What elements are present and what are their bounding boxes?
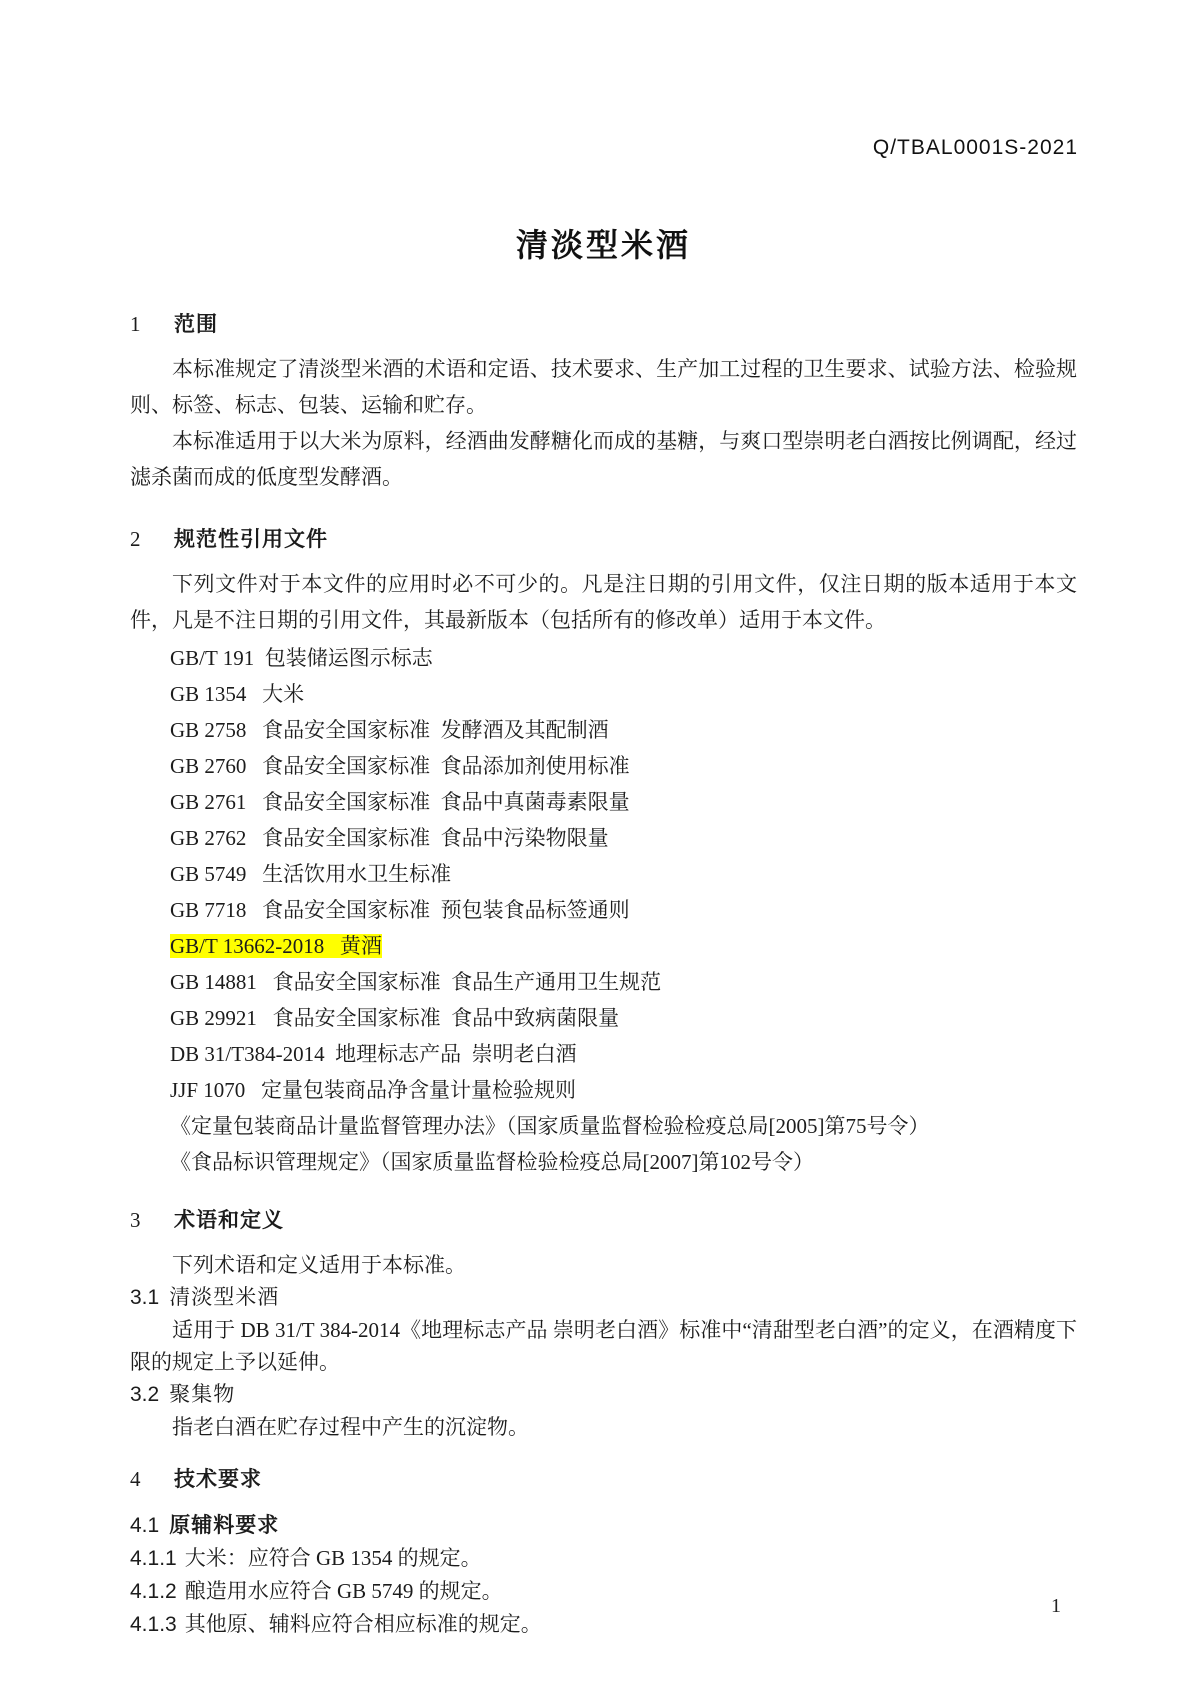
reference-row: GB 2760 食品安全国家标准 食品添加剂使用标准 <box>170 748 1077 784</box>
reference-row: DB 31/T384-2014 地理标志产品 崇明老白酒 <box>170 1036 1077 1072</box>
reference-item: JJF 1070 定量包装商品净含量计量检验规则 <box>170 1078 576 1102</box>
reference-row: JJF 1070 定量包装商品净含量计量检验规则 <box>170 1072 1077 1108</box>
requirement-number: 4.1.2 <box>130 1580 177 1603</box>
section-1-number: 1 <box>130 310 174 338</box>
reference-row: GB 29921 食品安全国家标准 食品中致病菌限量 <box>170 1000 1077 1036</box>
reference-row: GB 2762 食品安全国家标准 食品中污染物限量 <box>170 820 1077 856</box>
reference-row: GB 5749 生活饮用水卫生标准 <box>170 856 1077 892</box>
term-name: 聚集物 <box>169 1382 235 1406</box>
term-3-2-definition: 指老白酒在贮存过程中产生的沉淀物。 <box>130 1411 1077 1443</box>
document-body: 清淡型米酒 1范围 本标准规定了清淡型米酒的术语和定语、技术要求、生产加工过程的… <box>130 220 1077 1641</box>
requirement-text: 酿造用水应符合 GB 5749 的规定。 <box>185 1579 503 1603</box>
term-3-1-heading: 3.1清淡型米酒 <box>130 1281 1077 1314</box>
section-1-paragraph: 本标准适用于以大米为原料，经酒曲发酵糖化而成的基糖，与爽口型崇明老白酒按比例调配… <box>130 423 1077 495</box>
section-4-number: 4 <box>130 1465 174 1493</box>
reference-item: GB 1354 大米 <box>170 682 304 706</box>
document-page: Q/TBAL0001S-2021 清淡型米酒 1范围 本标准规定了清淡型米酒的术… <box>0 0 1199 1696</box>
section-2-heading: 2规范性引用文件 <box>130 525 1077 554</box>
reference-row: 《食品标识管理规定》（国家质量监督检验检疫总局[2007]第102号令） <box>170 1144 1077 1180</box>
requirement-item: 4.1.1大米：应符合 GB 1354 的规定。 <box>130 1542 1077 1575</box>
term-3-2-heading: 3.2聚集物 <box>130 1378 1077 1411</box>
reference-row: GB/T 13662-2018 黄酒 <box>170 928 1077 964</box>
section-3-heading: 3术语和定义 <box>130 1206 1077 1235</box>
page-title: 清淡型米酒 <box>130 220 1077 266</box>
reference-item: 《食品标识管理规定》（国家质量监督检验检疫总局[2007]第102号令） <box>170 1150 814 1174</box>
reference-item: DB 31/T384-2014 地理标志产品 崇明老白酒 <box>170 1042 577 1066</box>
term-name: 清淡型米酒 <box>169 1285 279 1309</box>
page-number: 1 <box>1051 1595 1061 1618</box>
reference-row: GB 14881 食品安全国家标准 食品生产通用卫生规范 <box>170 964 1077 1000</box>
reference-row: GB 2758 食品安全国家标准 发酵酒及其配制酒 <box>170 712 1077 748</box>
doc-code: Q/TBAL0001S-2021 <box>873 136 1078 160</box>
reference-row: GB/T 191 包装储运图示标志 <box>170 640 1077 676</box>
section-1-title: 范围 <box>174 313 218 336</box>
section-3-title: 术语和定义 <box>174 1209 284 1232</box>
reference-item: GB 2762 食品安全国家标准 食品中污染物限量 <box>170 826 609 850</box>
term-number: 3.1 <box>130 1286 159 1309</box>
section-2-intro: 下列文件对于本文件的应用时必不可少的。凡是注日期的引用文件，仅注日期的版本适用于… <box>130 566 1077 638</box>
requirement-text: 大米：应符合 GB 1354 的规定。 <box>185 1546 482 1570</box>
reference-item: 《定量包装商品计量监督管理办法》（国家质量监督检验检疫总局[2005]第75号令… <box>170 1114 929 1138</box>
section-4-title: 技术要求 <box>174 1468 262 1491</box>
requirement-item: 4.1.3其他原、辅料应符合相应标准的规定。 <box>130 1608 1077 1641</box>
section-4-heading: 4技术要求 <box>130 1465 1077 1494</box>
section-3-intro: 下列术语和定义适用于本标准。 <box>130 1249 1077 1281</box>
term-3-1-definition: 适用于 DB 31/T 384-2014《地理标志产品 崇明老白酒》标准中“清甜… <box>130 1314 1077 1378</box>
reference-row: GB 1354 大米 <box>170 676 1077 712</box>
requirement-text: 其他原、辅料应符合相应标准的规定。 <box>185 1612 542 1636</box>
reference-item: GB/T 191 包装储运图示标志 <box>170 646 433 670</box>
reference-item: GB 14881 食品安全国家标准 食品生产通用卫生规范 <box>170 970 661 994</box>
reference-list: GB/T 191 包装储运图示标志 GB 1354 大米 GB 2758 食品安… <box>130 640 1077 1180</box>
section-3-number: 3 <box>130 1206 174 1234</box>
subsection-title: 原辅料要求 <box>169 1514 279 1537</box>
requirement-item: 4.1.2酿造用水应符合 GB 5749 的规定。 <box>130 1575 1077 1608</box>
reference-row: 《定量包装商品计量监督管理办法》（国家质量监督检验检疫总局[2005]第75号令… <box>170 1108 1077 1144</box>
subsection-number: 4.1 <box>130 1514 159 1537</box>
reference-item: GB 2760 食品安全国家标准 食品添加剂使用标准 <box>170 754 630 778</box>
highlighted-reference-item: GB/T 13662-2018 黄酒 <box>170 934 382 958</box>
reference-item: GB 5749 生活饮用水卫生标准 <box>170 862 451 886</box>
reference-item: GB 7718 食品安全国家标准 预包装食品标签通则 <box>170 898 630 922</box>
reference-item: GB 2758 食品安全国家标准 发酵酒及其配制酒 <box>170 718 609 742</box>
section-1-paragraph: 本标准规定了清淡型米酒的术语和定语、技术要求、生产加工过程的卫生要求、试验方法、… <box>130 351 1077 423</box>
reference-row: GB 2761 食品安全国家标准 食品中真菌毒素限量 <box>170 784 1077 820</box>
subsection-4-1-heading: 4.1原辅料要求 <box>130 1510 1077 1542</box>
reference-item: GB 29921 食品安全国家标准 食品中致病菌限量 <box>170 1006 619 1030</box>
section-2-number: 2 <box>130 525 174 553</box>
section-2-title: 规范性引用文件 <box>174 528 328 551</box>
reference-item: GB 2761 食品安全国家标准 食品中真菌毒素限量 <box>170 790 630 814</box>
term-number: 3.2 <box>130 1383 159 1406</box>
requirement-number: 4.1.3 <box>130 1613 177 1636</box>
reference-row: GB 7718 食品安全国家标准 预包装食品标签通则 <box>170 892 1077 928</box>
requirement-number: 4.1.1 <box>130 1547 177 1570</box>
section-1-heading: 1范围 <box>130 310 1077 339</box>
